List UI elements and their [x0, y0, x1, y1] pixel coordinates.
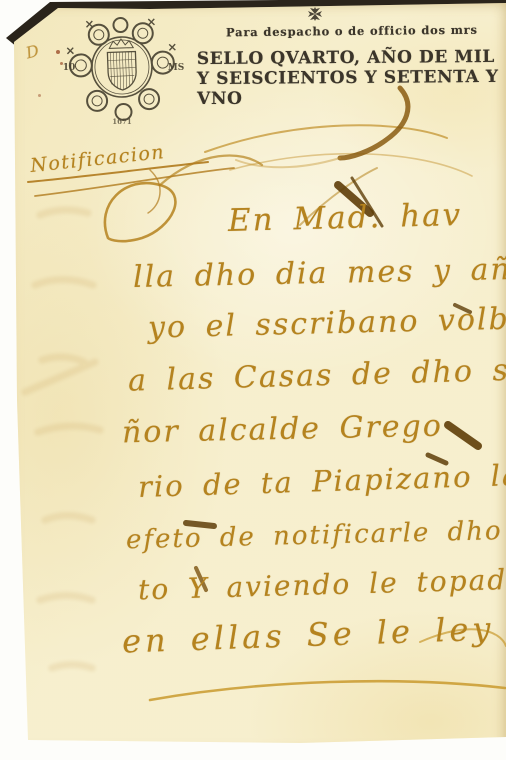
stamp-title-line-3: VNO — [197, 87, 499, 109]
stamp-title-line-1: SELLO QVARTO, AÑO DE MIL — [197, 47, 499, 69]
manuscript-line: En Mad. hav — [228, 197, 463, 239]
paper-sheet: Para despacho o de officio dos mrs SELLO… — [0, 0, 506, 760]
printed-fee-line: Para despacho o de officio dos mrs — [226, 23, 478, 40]
seal-denomination-left: 10 — [63, 63, 76, 73]
manuscript-line: ñor alcalde Grego — [122, 409, 444, 451]
scanned-document: Para despacho o de officio dos mrs SELLO… — [0, 0, 506, 760]
stamp-title-line-2: Y SEISCIENTOS Y SETENTA Y — [197, 67, 499, 89]
seal-denomination-right: MS — [168, 63, 184, 73]
royal-seal-stamp: 10 MS 1671 — [60, 12, 184, 134]
ink-speck — [56, 50, 60, 54]
ink-speck — [38, 94, 41, 97]
seal-year: 1671 — [112, 117, 132, 126]
stamp-title: SELLO QVARTO, AÑO DE MIL Y SEISCIENTOS Y… — [197, 47, 499, 109]
ink-speck — [60, 62, 63, 65]
printers-cross-icon — [306, 6, 324, 22]
